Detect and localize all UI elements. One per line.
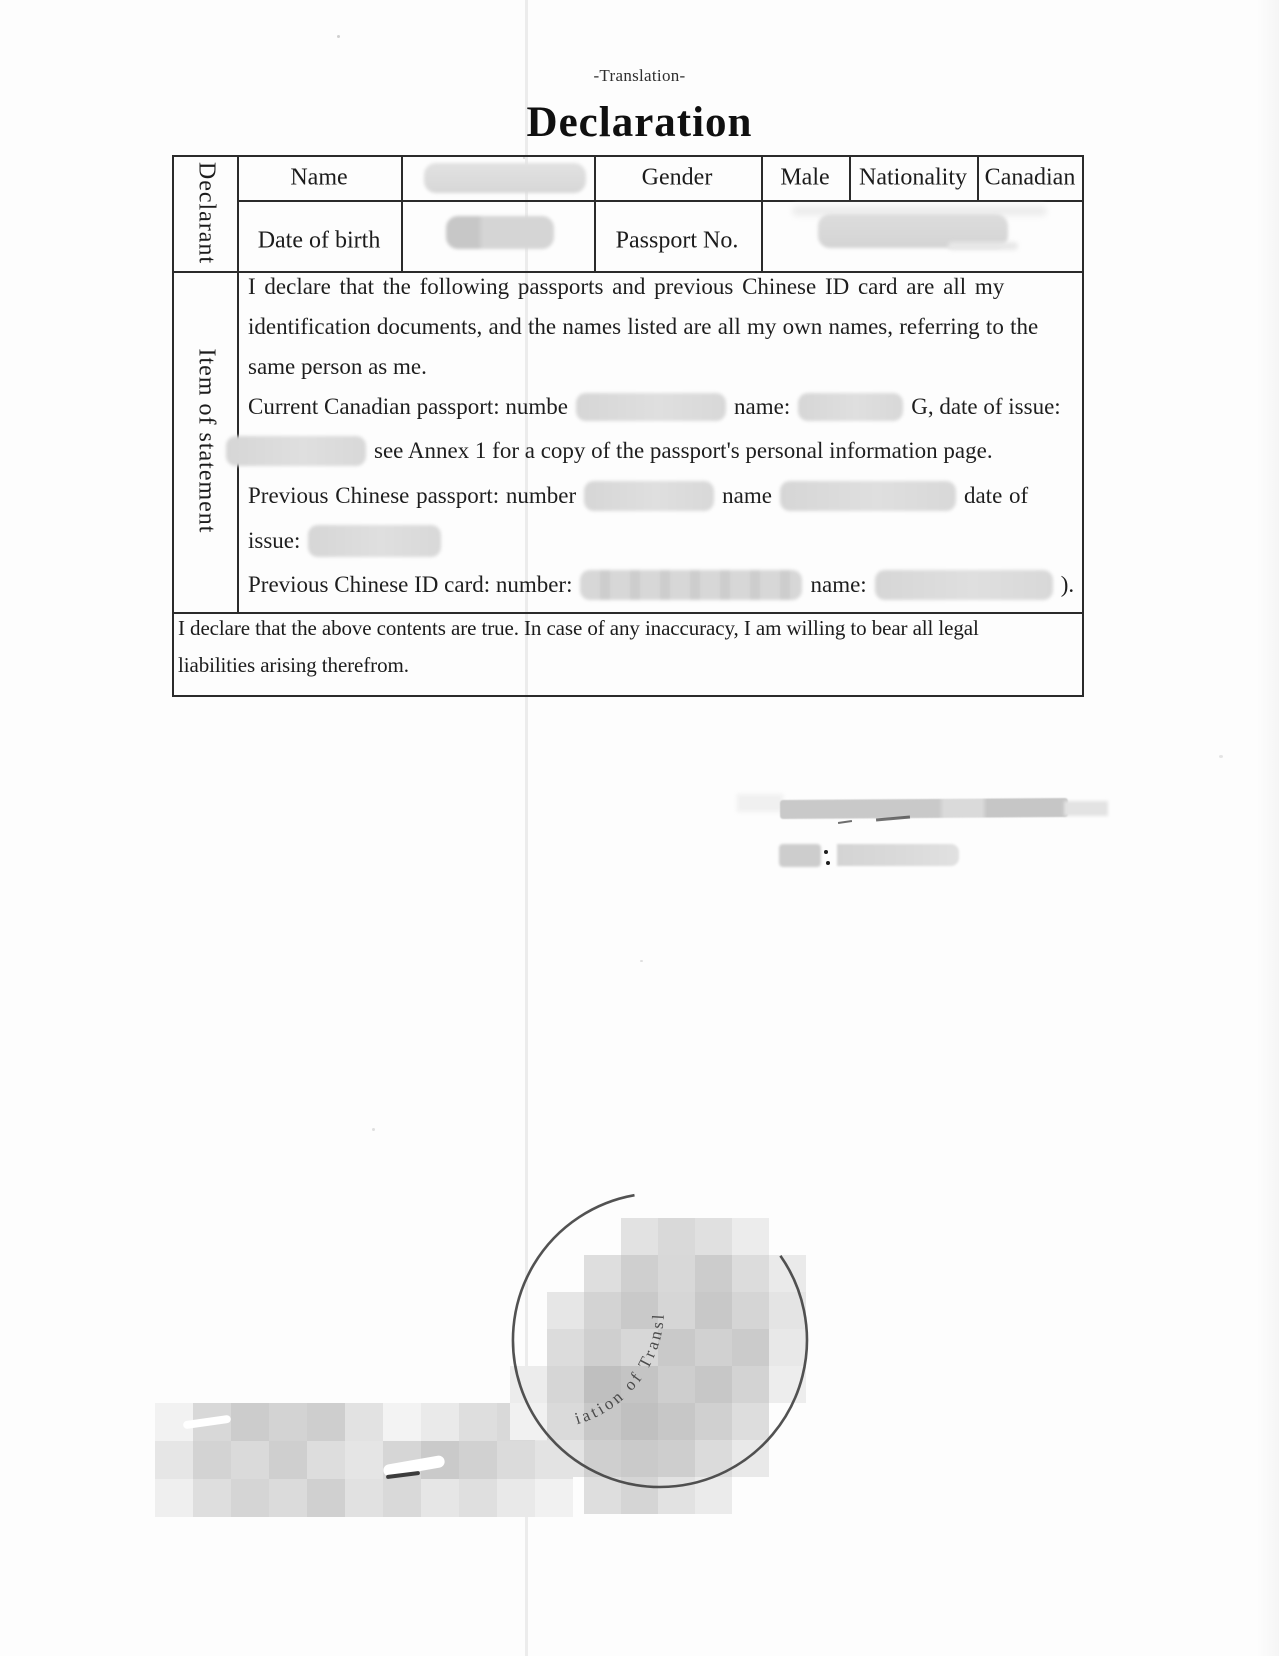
- mosaic-cell: [459, 1441, 497, 1479]
- redaction-blur: [226, 436, 366, 466]
- redaction-blur: [780, 481, 956, 511]
- statement-text: name:: [810, 572, 866, 598]
- statement-text: identification documents, and the names …: [248, 314, 1038, 340]
- signature-redaction-smear: [737, 794, 783, 812]
- svg-text:iation of Transl: iation of Transl: [572, 1311, 668, 1428]
- signature-redaction-bar: [780, 798, 1068, 819]
- date-value-redaction: [837, 844, 959, 866]
- mosaic-cell: [231, 1479, 269, 1517]
- statement-line: I declare that the following passports a…: [248, 274, 1004, 300]
- dob-value-redaction: [446, 216, 554, 249]
- statement-line: Previous Chinese passport: numbernamedat…: [248, 481, 1028, 511]
- table-line: [594, 155, 596, 271]
- table-line: [172, 271, 1084, 273]
- scan-speck: [372, 1128, 375, 1131]
- colon-dot: [826, 861, 830, 865]
- mosaic-cell: [459, 1479, 497, 1517]
- mosaic-cell: [421, 1403, 459, 1441]
- statement-text: ).: [1061, 572, 1074, 598]
- mosaic-cell: [307, 1479, 345, 1517]
- colon-dot: [824, 850, 828, 854]
- table-line: [761, 155, 763, 271]
- scan-speck: [640, 960, 643, 962]
- gender-label: Gender: [642, 165, 713, 192]
- mosaic-cell: [231, 1403, 269, 1441]
- translators-association-stamp: iation of Transl: [500, 1180, 820, 1510]
- name-label: Name: [290, 165, 347, 192]
- page-title: Declaration: [0, 98, 1279, 147]
- mosaic-cell: [193, 1479, 231, 1517]
- mosaic-cell: [269, 1403, 307, 1441]
- statement-text: Current Canadian passport: numbe: [248, 394, 568, 420]
- statement-text: name:: [734, 394, 790, 420]
- signature-redaction-tail: [1064, 801, 1108, 816]
- mosaic-cell: [307, 1441, 345, 1479]
- item-of-statement-label: Item of statement: [193, 349, 220, 534]
- translation-note: -Translation-: [0, 66, 1279, 86]
- redaction-blur: [308, 525, 441, 557]
- mosaic-cell: [231, 1441, 269, 1479]
- mosaic-cell: [421, 1479, 459, 1517]
- mosaic-cell: [155, 1441, 193, 1479]
- footer-declaration-line1: I declare that the above contents are tr…: [178, 616, 979, 641]
- table-line: [849, 155, 851, 200]
- table-line: [237, 200, 1084, 202]
- statement-text: I declare that the following passports a…: [248, 274, 1004, 300]
- date-of-birth-label: Date of birth: [258, 228, 381, 255]
- statement-line: Current Canadian passport: numbename:G, …: [248, 393, 1061, 421]
- name-value-redaction: [424, 163, 586, 193]
- date-label-redaction: [779, 844, 821, 867]
- mosaic-cell: [155, 1479, 193, 1517]
- statement-line: same person as me.: [248, 354, 427, 380]
- redaction-blur: [875, 570, 1053, 600]
- mosaic-cell: [345, 1403, 383, 1441]
- mosaic-cell: [345, 1441, 383, 1479]
- signature-ink-remnant: [838, 820, 852, 824]
- mosaic-cell: [459, 1403, 497, 1441]
- mosaic-cell: [269, 1479, 307, 1517]
- statement-text: issue:: [248, 528, 300, 554]
- scanned-declaration-page: -Translation- Declaration Declarant Item…: [0, 0, 1279, 1656]
- mosaic-cell: [193, 1441, 231, 1479]
- passport-no-label: Passport No.: [616, 228, 739, 255]
- gender-value: Male: [780, 165, 829, 192]
- mosaic-cell: [307, 1403, 345, 1441]
- statement-text: see Annex 1 for a copy of the passport's…: [374, 438, 993, 464]
- redaction-blur: [580, 570, 802, 600]
- nationality-value: Canadian: [985, 165, 1076, 192]
- statement-line: issue:: [248, 525, 449, 557]
- statement-text: Previous Chinese ID card: number:: [248, 572, 572, 598]
- statement-text: Previous Chinese passport: number: [248, 483, 576, 509]
- table-line: [172, 612, 1084, 614]
- table-line: [401, 155, 403, 271]
- scan-speck: [1219, 755, 1223, 758]
- mosaic-cell: [345, 1479, 383, 1517]
- mosaic-cell: [383, 1479, 421, 1517]
- scan-speck: [337, 35, 340, 38]
- statement-line: Previous Chinese ID card: number:name:).: [248, 570, 1074, 600]
- passport-value-redaction-smear: [948, 242, 1018, 250]
- stamp-arc-text: iation of Transl: [572, 1311, 668, 1428]
- statement-text: date of: [964, 483, 1028, 509]
- redaction-blur: [584, 481, 714, 511]
- mosaic-cell: [269, 1441, 307, 1479]
- redaction-blur: [576, 393, 726, 421]
- footer-declaration-line2: liabilities arising therefrom.: [178, 653, 409, 678]
- table-line: [237, 155, 239, 612]
- redaction-blur: [798, 393, 903, 421]
- statement-line: identification documents, and the names …: [248, 314, 1038, 340]
- scan-edge-shadow: [1256, 0, 1279, 1656]
- table-line: [977, 155, 979, 200]
- mosaic-cell: [383, 1403, 421, 1441]
- statement-line: see Annex 1 for a copy of the passport's…: [218, 436, 993, 466]
- statement-text: name: [722, 483, 772, 509]
- statement-text: same person as me.: [248, 354, 427, 380]
- nationality-label: Nationality: [859, 165, 967, 192]
- statement-text: G, date of issue:: [911, 394, 1060, 420]
- declarant-label: Declarant: [193, 162, 220, 264]
